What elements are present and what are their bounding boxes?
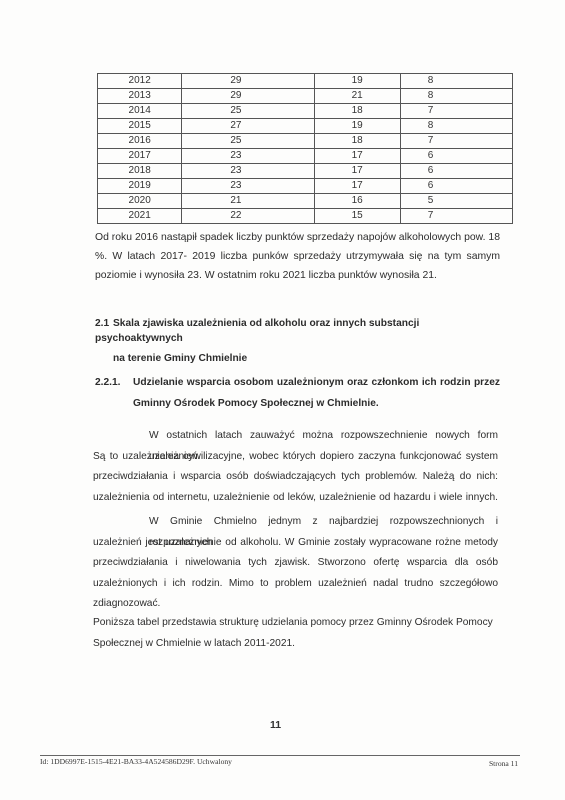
table-row: 201229198 <box>98 74 513 89</box>
table-cell: 6 <box>400 149 512 164</box>
table-row: 201527198 <box>98 119 513 134</box>
text-line: przeciwdziałania i wsparcia osób doświad… <box>93 467 498 488</box>
table-cell: 25 <box>182 104 314 119</box>
text-line: Są to uzależnienia cywilizacyjne, wobec … <box>93 447 498 468</box>
table-cell: 8 <box>400 119 512 134</box>
table-cell: 2013 <box>98 89 182 104</box>
table-cell: 7 <box>400 134 512 149</box>
text-line: poziomie i wynosiła 23. W ostatnim roku … <box>95 266 500 285</box>
section-title-line: Gminny Ośrodek Pomocy Społecznej w Chmie… <box>95 396 500 411</box>
footer-divider <box>40 755 520 756</box>
table-cell: 22 <box>182 209 314 224</box>
section-heading-2-2-1: 2.2.1. Udzielanie wsparcia osobom uzależ… <box>95 375 500 411</box>
paragraph-table-intro: Poniższa tabel przedstawia strukturę udz… <box>93 613 498 654</box>
table-cell: 18 <box>314 104 400 119</box>
footer-page-label: Strona 11 <box>489 759 518 768</box>
table-cell: 27 <box>182 119 314 134</box>
table-cell: 6 <box>400 164 512 179</box>
table-cell: 23 <box>182 164 314 179</box>
table-row: 201329218 <box>98 89 513 104</box>
table-cell: 29 <box>182 89 314 104</box>
table-cell: 6 <box>400 179 512 194</box>
table-row: 201723176 <box>98 149 513 164</box>
table-cell: 19 <box>314 74 400 89</box>
table-cell: 29 <box>182 74 314 89</box>
paragraph-new-addictions: W ostatnich latach zauważyć można rozpow… <box>93 426 498 508</box>
text-line: W Gminie Chmielno jednym z najbardziej r… <box>93 512 498 533</box>
table-cell: 21 <box>182 194 314 209</box>
table-cell: 18 <box>314 134 400 149</box>
table-cell: 17 <box>314 179 400 194</box>
table-cell: 2016 <box>98 134 182 149</box>
table-cell: 17 <box>314 164 400 179</box>
table-cell: 7 <box>400 104 512 119</box>
table-cell: 23 <box>182 149 314 164</box>
table-cell: 19 <box>314 119 400 134</box>
section-number: 2.2.1. <box>95 375 133 390</box>
table-row: 202021165 <box>98 194 513 209</box>
table-cell: 23 <box>182 179 314 194</box>
text-line: zdiagnozować. <box>93 594 498 615</box>
text-line: Poniższa tabel przedstawia strukturę udz… <box>93 613 498 634</box>
table-cell: 2017 <box>98 149 182 164</box>
page-number: 11 <box>270 719 281 731</box>
table-cell: 7 <box>400 209 512 224</box>
table-cell: 2012 <box>98 74 182 89</box>
table-cell: 25 <box>182 134 314 149</box>
table-row: 201823176 <box>98 164 513 179</box>
section-heading-2-1: 2.1Skala zjawiska uzależnienia od alkoho… <box>95 316 505 366</box>
section-title-line: Skala zjawiska uzależnienia od alkoholu … <box>95 318 419 344</box>
sales-points-table: 2012291982013292182014251872015271982016… <box>97 73 513 224</box>
table-cell: 17 <box>314 149 400 164</box>
section-title-line: Udzielanie wsparcia osobom uzależnionym … <box>133 375 500 390</box>
section-number: 2.1 <box>95 316 113 331</box>
table-row: 202122157 <box>98 209 513 224</box>
table-cell: 8 <box>400 74 512 89</box>
text-line: Od roku 2016 nastąpił spadek liczby punk… <box>95 228 500 247</box>
table-row: 201625187 <box>98 134 513 149</box>
table-cell: 15 <box>314 209 400 224</box>
table-cell: 2020 <box>98 194 182 209</box>
paragraph-alcohol-gmina: W Gminie Chmielno jednym z najbardziej r… <box>93 512 498 615</box>
text-line: uzależnień jest uzależnienie od alkoholu… <box>93 533 498 554</box>
text-line: przeciwdziałania i niwelowania tych zjaw… <box>93 553 498 574</box>
table-cell: 2021 <box>98 209 182 224</box>
document-page: 2012291982013292182014251872015271982016… <box>0 0 565 800</box>
text-line: %. W latach 2017- 2019 liczba punków spr… <box>95 247 500 266</box>
table-cell: 5 <box>400 194 512 209</box>
table-row: 201425187 <box>98 104 513 119</box>
section-title-line: na terenie Gminy Chmielnie <box>95 351 505 366</box>
table-row: 201923176 <box>98 179 513 194</box>
table-cell: 2019 <box>98 179 182 194</box>
table-cell: 21 <box>314 89 400 104</box>
summary-paragraph: Od roku 2016 nastąpił spadek liczby punk… <box>95 228 500 285</box>
table-cell: 2018 <box>98 164 182 179</box>
text-line: uzależnionych i ich rodzin. Mimo to prob… <box>93 574 498 595</box>
table-cell: 16 <box>314 194 400 209</box>
text-line: uzależnienia od internetu, uzależnienie … <box>93 488 498 509</box>
text-line: Społecznej w Chmielnie w latach 2011-202… <box>93 634 498 655</box>
footer-document-id: Id: 1DD6997E-1515-4E21-BA33-4A524586D29F… <box>40 757 232 766</box>
table-cell: 2014 <box>98 104 182 119</box>
table-cell: 8 <box>400 89 512 104</box>
table-cell: 2015 <box>98 119 182 134</box>
text-line: W ostatnich latach zauważyć można rozpow… <box>93 426 498 447</box>
